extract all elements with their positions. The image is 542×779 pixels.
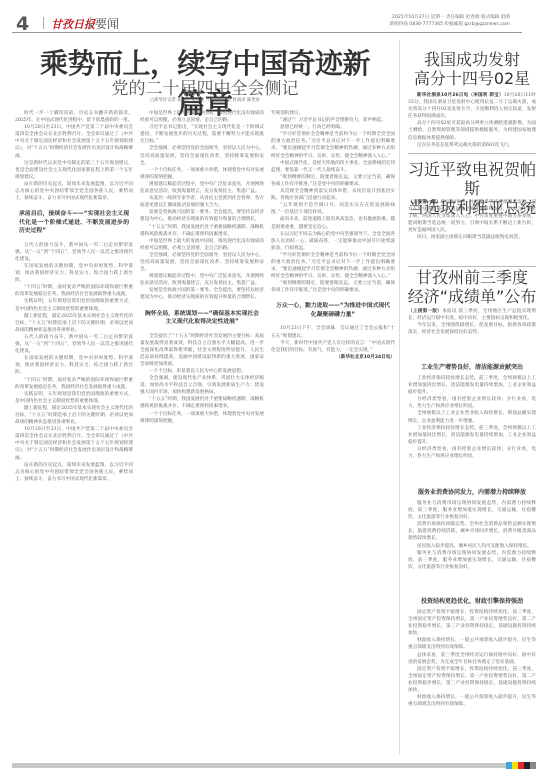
paragraph: 踏上新征程，锚定2035年基本实现社会主义现代化的目标，“十五五”时期是承上启下… — [15, 405, 133, 426]
paragraph: 居民收入稳步提高，城乡居民人均可支配收入保持增长。 — [408, 543, 536, 550]
paragraph: 消费市场保持回暖态势。全州社会消费品零售总额实现增长，旅游消费持续活跃，城乡市场… — [408, 521, 536, 542]
paragraph: 踏上新征程，锚定2035年基本实现社会主义现代化的目标，“十五五”时期是承上启下… — [15, 313, 133, 334]
paragraph: 实践证明，五年规划是我们党治国理政的重要方式，是中国特色社会主义制度优势的重要体… — [15, 298, 133, 312]
sidebar-article-2-body: （上接第一版）建交40年来，中玻关系保持健康稳定发展。双方在涉及彼此核心利益问题… — [408, 199, 536, 263]
paragraph: 一个个目标，彰显着以人民为中心的发展思想。 — [140, 368, 264, 375]
sidebar-article-3-intro: （上接第一版）本报讯 前三季度，全州地区生产总值实现增长，经济运行稳中有进、稳中… — [408, 308, 536, 360]
paragraph: 今天，新时代中国共产党人有这样的宣言：“中国式现代化是我们的目标，有底气，有能力… — [271, 340, 395, 354]
paragraph: 10月20日至23日，中国共产党第二十届中央委员会第四次全体会议在北京胜利召开。… — [15, 426, 133, 461]
paragraph: 思想已经统一，行动已经明确。 — [271, 124, 395, 131]
paragraph: （上接第一版）建交40年来，中玻关系保持健康稳定发展。双方在涉及彼此核心利益问题… — [408, 199, 536, 234]
sidebar-article-1-body: 新华社酒泉10月26日电（李国利 郭宝）10月26日11时33分，我国在酒泉卫星… — [408, 92, 536, 150]
paragraph: 全会强调，必须坚持党的全面领导，坚持以人民为中心，坚持高质量发展，坚持全面深化改… — [140, 145, 264, 166]
paragraph: 站在新的历史起点，谋划未来发展蓝图，以习近平同志为核心的党中央团结带领全党全国各… — [15, 462, 133, 483]
paragraph: 中国是世界上最大的发展中国家，推进现代化没有现成的经验可以照搬，必须立足国情，走… — [140, 110, 264, 124]
headline-line: 我国成功发射 — [402, 50, 542, 69]
paragraph: 站在新的历史起点，谋划未来发展蓝图，以习近平同志为核心的党中央团结带领全党全国各… — [15, 181, 133, 202]
sidebar-article-3-section-2: 服务业与消费市场呈现协同发展态势，内需潜力持续释放。前三季度，服务业增加值实现增… — [408, 500, 536, 593]
paragraph: 一个个目标任务，一项项重大举措，体现着党中央对发展规律的深刻把握。 — [140, 167, 264, 181]
paragraph: 五代人的接力奋斗，新中国从一穷二白走向繁荣富强。从“一五”到“十四五”，党领导人… — [15, 242, 133, 263]
paragraph: 这次任务是长征系列运载火箭的第601次飞行。 — [408, 142, 536, 149]
date-editor-line: 2025年10月27日 星期一 责任编辑 赵春燕 版式编辑 赵鹃 — [389, 14, 510, 21]
section-heading: 胸怀全局，系统谋划——“确保基本实现社会主义现代化取得决定性进展” — [144, 310, 260, 327]
divider — [90, 17, 91, 29]
reporter: （李国利 郭宝） — [468, 93, 503, 98]
registration-mark-gray — [530, 762, 536, 769]
paragraph: 面向未来，前进道路上既有风高浪急，也有激流险滩。越是困难重重，越要坚定信心。 — [271, 216, 395, 230]
page-number: 4 — [16, 13, 29, 35]
lead-column-1: 时代一步一个脚印向前，历史志书翻开新的篇章。2025年，在中国式现代化进程中，留… — [15, 110, 133, 760]
lead-tag: （上接第一版） — [408, 200, 441, 205]
paragraph: 习近平总书记指出，“实现社会主义现代化是一个阶梯式递进、不断发展进步的历史过程，… — [140, 124, 264, 145]
lead-column-2: 中国是世界上最大的发展中国家，推进现代化没有现成的经验可以照搬，必须立足国情，走… — [140, 110, 264, 760]
paragraph: “规划纲要的制定，既要着眼长远，又要立足当前，确保各项工作有序推进。”这是党中央… — [271, 280, 395, 294]
subsection-heading: 投资结构更趋优化，财政引擎保持强劲 — [410, 596, 534, 605]
paragraph: 全会强调，建设现代化产业体系，巩固壮大实体经济根基；加快高水平科技自立自强，引领… — [140, 375, 264, 396]
headline-line: 高分十四号02星 — [402, 69, 542, 88]
sidebar-headline-3: 甘孜州前三季度 经济“成绩单”公布 — [402, 268, 542, 306]
contact-line: 新闻热线 0836-7777365 投稿邮箱 gzrb@gzznews.com — [389, 21, 510, 28]
paragraph: 分经济类型看，国有控股企业增长较快；分行业看，电力、热力生产和供应业增长明显。 — [408, 396, 536, 410]
paragraph: 服务业与消费市场呈现协同发展态势，内需潜力持续释放。前三季度，服务业增加值实现增… — [408, 500, 536, 521]
paragraph: 规划建议稿起草过程中，党中央广泛征求意见，开展网络征求意见活动，收到海量建言，充… — [140, 181, 264, 195]
paragraph: 一个个目标任务，一项项重大举措，体现着党中央对发展规律的深刻把握。 — [140, 411, 264, 425]
divider — [408, 266, 536, 267]
paragraph: 工业经济保持较快增长态势。前三季度，全州规模以上工业增加值同比增长，清洁能源发电… — [408, 425, 536, 446]
lead-byline: □新华社记者 张晓松 朱基钗 人民日报记者 杜尚泽 陈世涛 — [40, 97, 370, 103]
sidebar-article-3-section-3: 固定资产投资平稳增长，投资结构持续优化。前三季度，全州固定资产投资保持增长，第一… — [408, 609, 536, 757]
paragraph: 实践证明，五年规划是我们党治国理政的重要方式，是中国特色社会主义制度优势的重要体… — [15, 391, 133, 405]
paragraph: “十五五”时期，我国发展仍处于重要战略机遇期，战略机遇和风险挑战并存、不确定难预… — [140, 396, 264, 410]
paragraph: 财政收入保持增长，一般公共预算收入稳步提升，民生等重点领域支出得到有效保障。 — [408, 637, 536, 651]
section-heading: 承前启后，接续奋斗——“实现社会主义现代化是一个阶梯式递进、不断发展进步的历史过… — [19, 210, 129, 236]
paragraph: 发展是党执政兴国的第一要务。全会提出，要坚持以经济建设为中心，推动经济实现质的有… — [140, 287, 264, 301]
paragraph: 全会强调，必须坚持党的全面领导，坚持以人民为中心，坚持高质量发展，坚持全面深化改… — [140, 252, 264, 273]
divider — [408, 153, 536, 154]
dateline: （新华社北京10月24日电） — [271, 354, 395, 361]
sidebar-headline-1: 我国成功发射 高分十四号02星 — [402, 50, 542, 88]
section-name: 要闻 — [95, 15, 119, 32]
subsection-heading: 工业生产增势良好，清洁能源贡献突出 — [410, 362, 534, 371]
sidebar-article-3-section-1: 工业经济保持较快增长态势。前三季度，全州规模以上工业增加值同比增长，清洁能源发电… — [408, 375, 536, 483]
subsection-heading: 服务业消费协同发力，内需潜力持续释放 — [410, 487, 534, 496]
paragraph: 从基层一线到专家学者，从各民主党派到社会各界，各方面意见建议汇聚成推动发展的强大… — [140, 195, 264, 209]
headline-line: 经济“成绩单”公布 — [402, 287, 542, 306]
column-divider — [399, 40, 400, 755]
paragraph: 发展是党执政兴国的第一要务。全会提出，要坚持以经济建设为中心，推动经济实现质的有… — [140, 209, 264, 223]
paragraph: 新华社酒泉10月26日电（李国利 郭宝）10月26日11时33分，我国在酒泉卫星… — [408, 92, 536, 120]
paragraph: “十四五”时期，面对复杂严峻的国际环境和艰巨繁重的改革发展稳定任务，我国经济社会… — [15, 377, 133, 391]
paragraph: 今年以来，全州围绕稳增长、促发展目标，狠抓各项政策落实，经济社会发展保持良好态势… — [408, 322, 536, 336]
lead-subheadline: 党的二十届四中全会侧记 — [40, 74, 370, 99]
paragraph: 服务业与消费市场呈现协同发展态势，内需潜力持续释放。前三季度，服务业增加值实现增… — [408, 550, 536, 571]
paragraph: 10月20日至23日，中国共产党第二十届中央委员会第四次全体会议在北京胜利召开。… — [15, 124, 133, 159]
text: 建交40年来，中玻关系保持健康稳定发展。双方在涉及彼此核心利益问题上相互理解和支… — [408, 200, 536, 233]
paragraph: 总体来看，前三季度全州经济运行保持稳中向好、稳中有进的发展态势，为完成全年目标任… — [408, 652, 536, 666]
paragraph: 全会提出了“十五五”时期经济社会发展的主要目标：高质量发展取得显著成效，科技自立… — [140, 333, 264, 368]
header-meta: 2025年10月27日 星期一 责任编辑 赵春燕 版式编辑 赵鹃 新闻热线 08… — [389, 14, 510, 28]
paragraph: 时代一步一个脚印向前，历史志书翻开新的篇章。2025年，在中国式现代化进程中，留… — [15, 110, 133, 124]
paragraph: 中国式现代化，是经天纬地的伟大事业，全面系统的宏伟蓝图，要依靠一代又一代人接续奋… — [271, 160, 395, 174]
page-header: 4 甘孜日报 要闻 2025年10月27日 星期一 责任编辑 赵春燕 版式编辑 … — [12, 0, 522, 33]
lead-tag: 新华社酒泉10月26日电 — [417, 93, 468, 98]
paragraph: 在国家发展的关键时期，党中央审时度势、科学谋划，推动我国经济实力、科技实力、综合… — [15, 355, 133, 376]
paragraph: 全州规模以上工业企业营业收入保持增长，利润总额实现增长，企业盈利能力进一步增强。 — [408, 410, 536, 424]
paragraph: 在以习近平同志为核心的党中央坚强领导下，全党全国各族人民团结一心、砥砺奋进，一定… — [271, 231, 395, 252]
paragraph: 分经济类型看，国有控股企业增长较快；分行业看，电力、热力生产和供应业增长明显。 — [408, 446, 536, 460]
paragraph: （上接第一版）本报讯 前三季度，全州地区生产总值实现增长，经济运行稳中有进、稳中… — [408, 308, 536, 322]
headline-line: 甘孜州前三季度 — [402, 268, 542, 287]
paragraph: “规划纲要的制定，既要着眼长远，又要立足当前，确保各项工作有序推进。”这是党中央… — [271, 174, 395, 188]
masthead-logo: 甘孜日报 — [51, 16, 95, 32]
paragraph: 10月23日下午，全会闭幕，会议通过了全会公报和“十五五”规划建议。 — [271, 325, 395, 339]
paragraph: 五代人的接力奋斗，新中国从一穷二白走向繁荣富强。从“一五”到“十四五”，党领导人… — [15, 334, 133, 355]
headline-line: 习近平致电祝贺帕斯 — [402, 160, 542, 198]
paragraph: “学习好贯彻好全会精神是当前和今后一个时期全党全国的重大政治任务。”习近平总书记… — [271, 252, 395, 280]
footer-bar — [12, 763, 522, 768]
divider — [43, 17, 44, 29]
paragraph: “十五五”时期，我国发展仍处于重要战略机遇期，战略机遇和风险挑战并存、不确定难预… — [140, 224, 264, 238]
paragraph: 高分十四号02星可获取高分辨率立体测绘遥感影像，为国土测绘、自然资源管理等领域提… — [408, 120, 536, 141]
paragraph: “学习好贯彻好全会精神是当前和今后一个时期全党全国的重大政治任务。”习近平总书记… — [271, 131, 395, 159]
paragraph: 从贯彻全会精神到落实具体举措，从顶层设计到基层实践，各地区各部门迅速行动起来。 — [271, 188, 395, 202]
paragraph: “五年规划不是空洞口号，而是实实在在的发展路线图。”一位基层干部这样说。 — [271, 202, 395, 216]
paragraph: 中国是世界上最大的发展中国家，推进现代化没有现成的经验可以照搬，必须立足国情，走… — [140, 238, 264, 252]
paragraph: “通过”！习近平总书记的声音铿锵有力，掌声响起。 — [271, 117, 395, 124]
lead-tag: （上接第一版） — [408, 309, 442, 314]
paragraph: “十四五”时期，面对复杂严峻的国际环境和艰巨繁重的改革发展稳定任务，我国经济社会… — [15, 284, 133, 298]
paragraph: 工业经济保持较快增长态势。前三季度，全州规模以上工业增加值同比增长，清洁能源发电… — [408, 375, 536, 396]
lead-column-3: 年规划的建议。 “通过”！习近平总书记的声音铿锵有力，掌声响起。 思想已经统一，… — [271, 110, 395, 760]
paragraph: 这是新时代以来党中央制定的第三个五年规划建议，也是全面建设社会主义现代化国家新征… — [15, 160, 133, 181]
paragraph: 年规划的建议。 — [271, 110, 395, 117]
paragraph: 固定资产投资平稳增长，投资结构持续优化。前三季度，全州固定资产投资保持增长，第一… — [408, 609, 536, 637]
section-heading: 万众一心，勠力进取——“为推进中国式现代化凝聚磅礴力量” — [275, 302, 391, 319]
paragraph: 财政收入保持增长，一般公共预算收入稳步提升，民生等重点领域支出得到有效保障。 — [408, 694, 536, 708]
paragraph: 同日，国家副主席韩正向帕斯当选副总统致电祝贺。 — [408, 234, 536, 241]
paragraph: 固定资产投资平稳增长，投资结构持续优化。前三季度，全州固定资产投资保持增长，第一… — [408, 666, 536, 694]
paragraph: 在国家发展的关键时期，党中央审时度势、科学谋划，推动我国经济实力、科技实力、综合… — [15, 263, 133, 284]
paragraph: 规划建议稿起草过程中，党中央广泛征求意见，开展网络征求意见活动，收到海量建言，充… — [140, 273, 264, 287]
